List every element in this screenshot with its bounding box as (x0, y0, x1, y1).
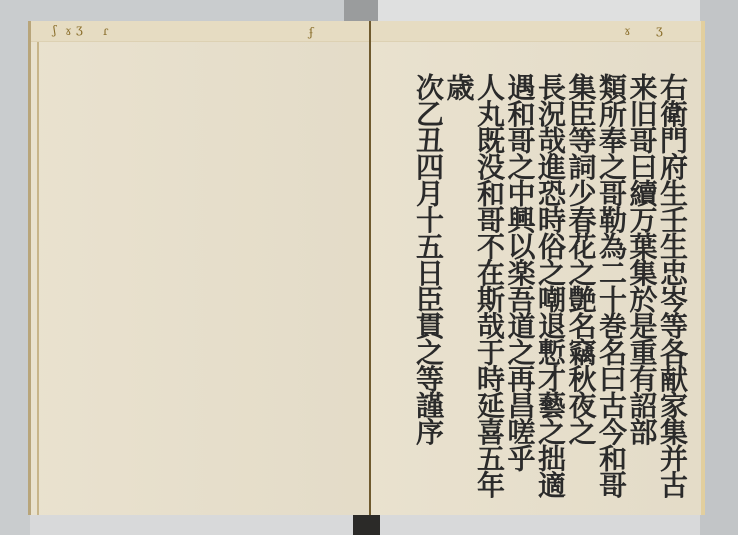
background-dark-top (344, 0, 378, 22)
wormhole-mark: ʒ (76, 23, 83, 35)
wormhole-mark: ʄ (309, 26, 313, 38)
text-column: 遇和哥之中興以楽吾道之再昌嗟乎 (504, 73, 535, 513)
wormhole-mark: ʒ (656, 24, 663, 36)
background-top-strip (378, 0, 700, 22)
text-column: 長況哉進恐時俗之嘲退慙才藝之拙適 (535, 73, 566, 513)
text-column: 集臣等詞少春花之艶名竊秋夜之 (565, 73, 596, 513)
text-column: 右衛門府生壬生忠岑等各献家集并古 (657, 73, 688, 513)
right-page: ɤ ʒ 右衛門府生壬生忠岑等各献家集并古 来旧哥曰續万葉集於是重有詔部 類所奉之… (371, 21, 705, 515)
background-right (700, 0, 738, 535)
text-column: 来旧哥曰續万葉集於是重有詔部 (626, 73, 657, 513)
text-column: 類所奉之哥勒為二十巻名曰古今和哥 (596, 73, 627, 513)
left-page: ʃ ɤ ʒ ɾ ʄ (28, 21, 373, 515)
right-page-top-band (371, 21, 701, 42)
book-spine-block (353, 515, 380, 535)
text-column: 次乙丑四月十五日臣貫之等謹序 (413, 73, 444, 513)
calligraphy-text: 右衛門府生壬生忠岑等各献家集并古 来旧哥曰續万葉集於是重有詔部 類所奉之哥勒為二… (413, 73, 688, 513)
wormhole-mark: ʃ (53, 24, 56, 36)
wormhole-mark: ɾ (103, 25, 108, 37)
text-column: 人丸既没和哥不在斯哉于時延喜五年歳 (443, 73, 504, 513)
wormhole-mark: ɤ (624, 25, 631, 37)
wormhole-mark: ɤ (65, 25, 72, 37)
